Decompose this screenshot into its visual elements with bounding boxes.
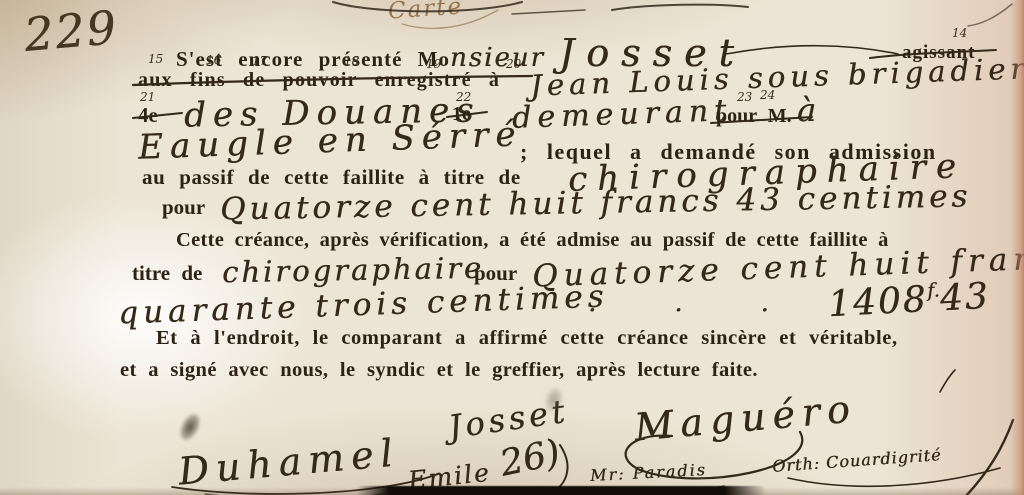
renvoi-number-19: 19 (426, 57, 441, 71)
renvoi-number-15: 15 (148, 52, 163, 66)
line11-end-stroke (940, 370, 955, 392)
struck-form-pour-m: pour M. (716, 105, 792, 128)
signature-duhamel: Duhamel (177, 430, 402, 493)
handwritten-a: à (797, 91, 816, 129)
bankruptcy-register-page: 229 Carte S'est encore présenté Monsieur… (0, 0, 1024, 495)
clerk-note-right: Orth: Couardigrité (772, 445, 943, 476)
ledger-dots: ... (588, 288, 847, 318)
signature-josset-paraph: 26) (496, 432, 563, 485)
handwritten-amount-figures: 1408f.43 (827, 276, 991, 325)
renvoi-number-21: 21 (140, 90, 155, 104)
clerk-note-left: Mr: Paradis (590, 460, 708, 485)
printed-signature-clause: et a signé avec nous, le syndic et le gr… (120, 359, 758, 382)
signature-maguero: Maguéro (633, 386, 859, 449)
amount-cents: 43 (939, 276, 991, 320)
folio-number: 229 (22, 0, 120, 62)
renvoi-number-24: 24 (760, 88, 775, 102)
printed-verification-clause: Cette créance, après vérification, a été… (176, 229, 889, 252)
renvoi-number-17: 17 (252, 54, 267, 68)
renvoi-number-20: 20 (506, 57, 521, 71)
amount-unit-franc: f. (927, 279, 941, 302)
printed-titre-de: titre de (132, 261, 202, 286)
ink-smudge (176, 411, 203, 443)
top-flourish-dash (612, 5, 748, 10)
renvoi-number-23: 23 (737, 90, 752, 104)
renvoi-number-16: 16 (206, 53, 221, 67)
faint-ink-note: Carte (387, 0, 464, 25)
top-right-stroke (968, 4, 1012, 26)
right-page-edge (1010, 0, 1024, 495)
top-flourish-line (512, 10, 585, 14)
josset-tail-flourish (726, 46, 898, 54)
printed-affirmation-clause: Et à l'endroit, le comparant a affirmé c… (156, 327, 898, 350)
handwritten-amount-words-3: quarante trois centimes (118, 278, 609, 331)
renvoi-number-14: 14 (952, 26, 967, 40)
struck-form-4e: 4e (138, 103, 158, 128)
renvoi-number-18: 18 (344, 54, 359, 68)
bottom-edge-shadow (356, 486, 766, 495)
printed-pour-1: pour (162, 195, 205, 220)
struck-form-words: aux fins de pouvoir enregistré à (138, 69, 500, 92)
renvoi-number-22: 22 (456, 90, 471, 104)
handwritten-demeurant: demeurant (511, 93, 732, 136)
slash-stroke (966, 420, 1013, 495)
printed-passif-titre: au passif de cette faillite à titre de (142, 165, 521, 190)
amount-whole: 1408 (827, 279, 929, 325)
